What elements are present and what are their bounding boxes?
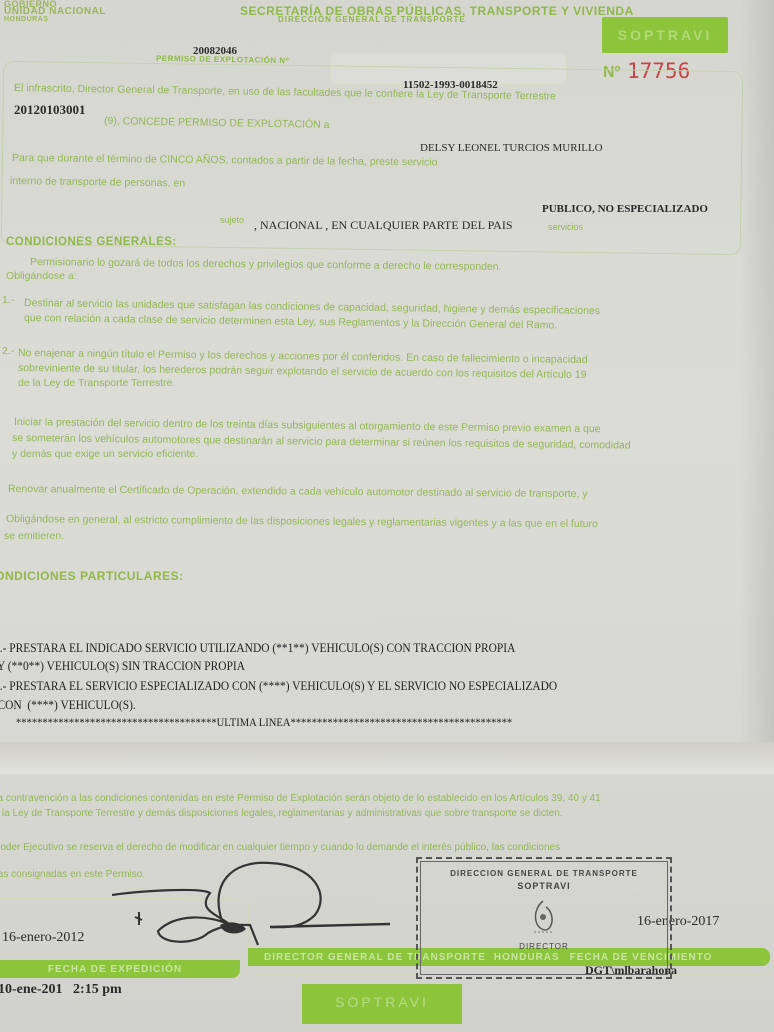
logo-line: UNIDAD NACIONAL bbox=[4, 8, 106, 16]
header-green-block: SOPTRAVI bbox=[602, 17, 728, 53]
issue-date: 16-enero-2012 bbox=[2, 930, 84, 946]
paper-fold bbox=[0, 742, 774, 774]
cp-line: CON (****) VEHICULO(S). bbox=[0, 697, 136, 713]
service-type: PUBLICO, NO ESPECIALIZADO bbox=[542, 203, 708, 215]
beneficiary-name: DELSY LEONEL TURCIOS MURILLO bbox=[420, 142, 603, 154]
cp-line: Y (**0**) VEHICULO(S) SIN TRACCION PROPI… bbox=[0, 658, 245, 674]
stamp-line-2: SOPTRAVI bbox=[418, 881, 670, 891]
permiso-number: 20082046 bbox=[193, 45, 237, 57]
cp-line: 1.- PRESTARA EL INDICADO SERVICIO UTILIZ… bbox=[0, 640, 515, 656]
cg-intro-1: Permisionario lo gozará de todos los der… bbox=[30, 256, 502, 273]
cg-item-1-num: 1.- bbox=[2, 294, 14, 306]
header-green-block-label: SOPTRAVI bbox=[602, 27, 728, 43]
cg-item-5-line: se emitieren. bbox=[4, 530, 64, 542]
logo-line: HONDURAS bbox=[4, 16, 106, 24]
photo-edge-shadow bbox=[740, 0, 774, 760]
scope-value: , NACIONAL , EN CUALQUIER PARTE DEL PAIS bbox=[254, 218, 513, 233]
cg-item-2-line: de la Ley de Transporte Terrestre. bbox=[18, 377, 175, 389]
director-signature bbox=[100, 855, 400, 995]
closing-p1-line: La contravención a las condiciones conte… bbox=[0, 793, 601, 804]
cp-line: 2.- PRESTARA EL SERVICIO ESPECIALIZADO C… bbox=[0, 678, 557, 694]
direccion-title: DIRECCIÓN GENERAL DE TRANSPORTE bbox=[278, 15, 466, 24]
cg-intro-2: Obligándose a: bbox=[6, 270, 77, 282]
cg-item-2-num: 2.- bbox=[2, 345, 14, 357]
bottom-green-block-label: SOPTRAVI bbox=[302, 994, 462, 1010]
coat-of-arms-icon bbox=[528, 899, 558, 937]
intro-line-4: interno de transporte de personas, en bbox=[10, 175, 185, 189]
cg-item-3-line: y demás que exige un servicio eficiente. bbox=[12, 448, 198, 460]
ultima-linea: **************************************UL… bbox=[16, 715, 512, 730]
scope-suffix: servicios bbox=[548, 222, 583, 232]
closing-p1-line: de la Ley de Transporte Terrestre y demá… bbox=[0, 808, 563, 819]
condiciones-particulares-title: CONDICIONES PARTICULARES: bbox=[0, 569, 184, 583]
cg-item-5-line: Obligándose en general, al estricto cump… bbox=[6, 513, 598, 530]
scope-prefix: sujeto bbox=[220, 215, 244, 225]
government-logo: GOBIERNO UNIDAD NACIONAL HONDURAS bbox=[4, 0, 106, 24]
stamp-line-3: DIRECTOR bbox=[418, 942, 670, 951]
intro-code: 20120103001 bbox=[14, 102, 86, 118]
official-stamp: DIRECCION GENERAL DE TRANSPORTE SOPTRAVI… bbox=[416, 857, 672, 979]
condiciones-generales-title: CONDICIONES GENERALES: bbox=[6, 236, 177, 248]
stamp-line-1: DIRECCION GENERAL DE TRANSPORTE bbox=[418, 869, 670, 878]
cg-item-4-line: Renovar anualmente el Certificado de Ope… bbox=[8, 483, 588, 500]
closing-p2-line: El Poder Ejecutivo se reserva el derecho… bbox=[0, 842, 560, 853]
